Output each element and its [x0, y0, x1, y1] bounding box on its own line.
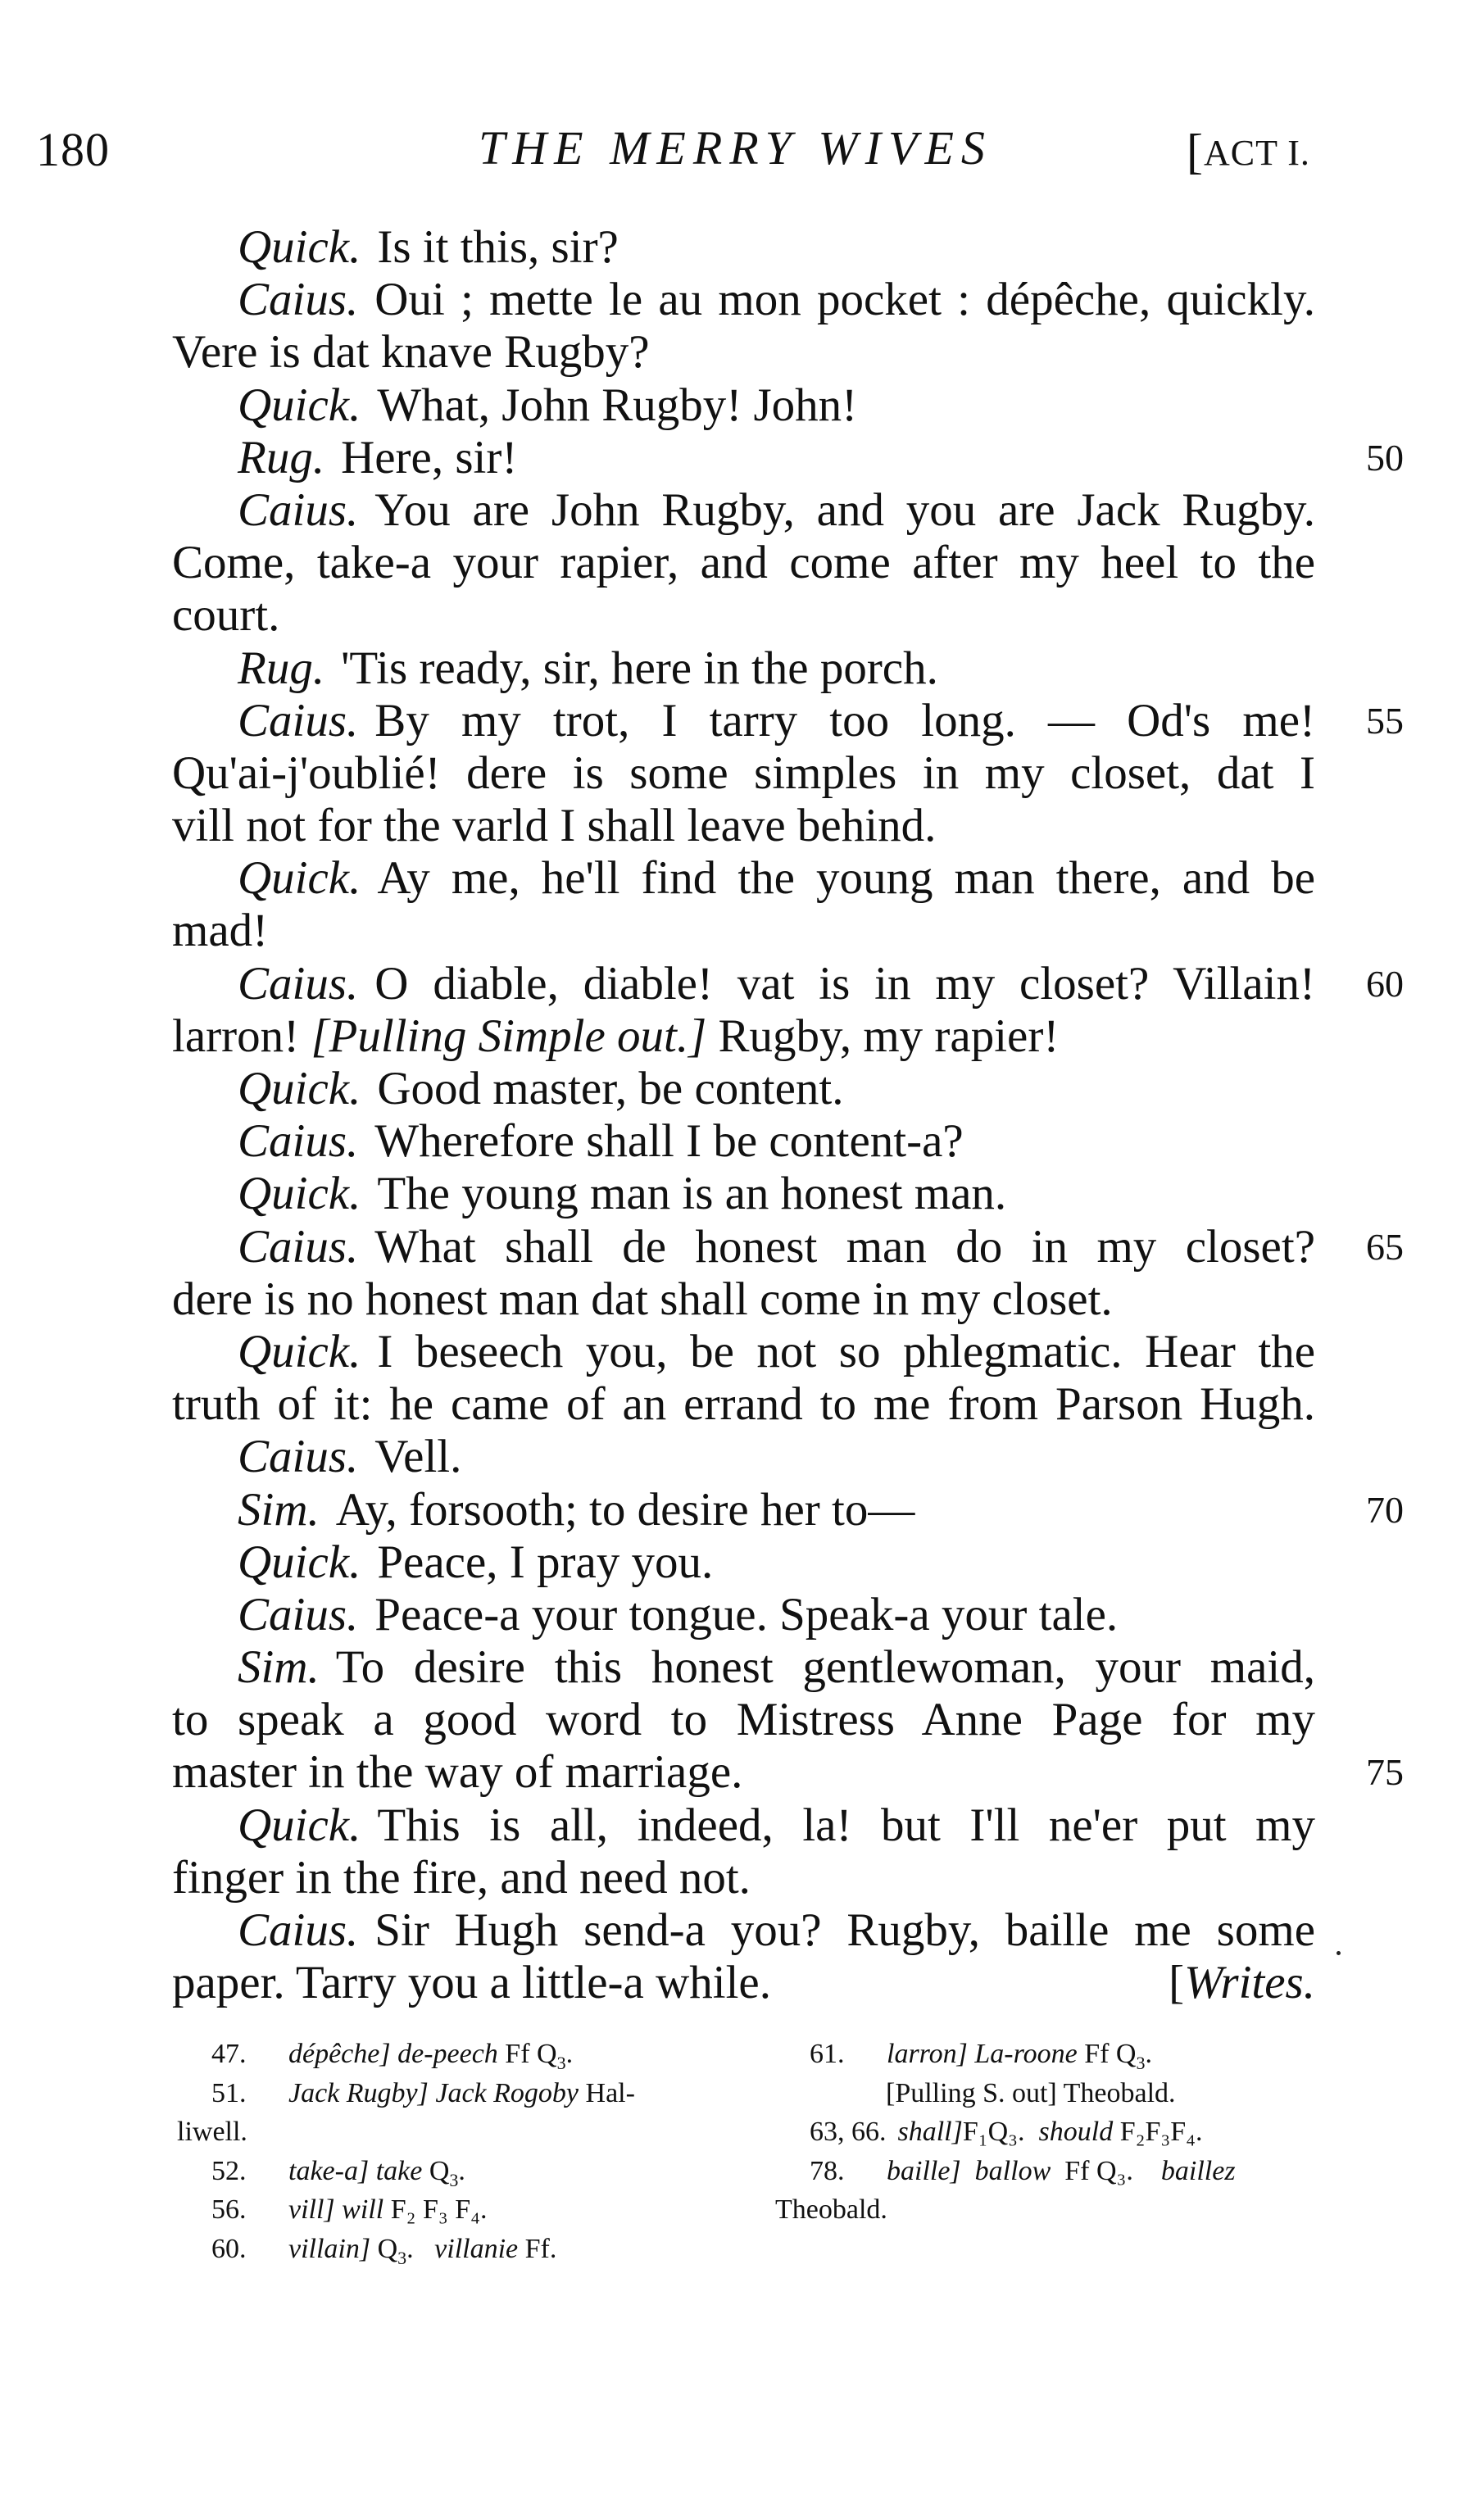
line-number: 65: [1366, 1221, 1404, 1273]
text-line: Quick.Peace, I pray you.: [172, 1536, 1315, 1589]
speech: To desire this honest gentlewoman, your …: [336, 1641, 1315, 1693]
speaker-name: Caius.: [238, 1904, 358, 1956]
footnote-line-ref: 60.: [211, 2230, 288, 2269]
running-title: THE MERRY WIVES: [479, 120, 992, 177]
speaker-name: Caius.: [238, 695, 358, 747]
text-line: Caius.O diable, diable! vat is in my clo…: [172, 958, 1315, 1010]
speech: Qu'ai-j'oublié! dere is some simples in …: [172, 747, 1315, 799]
footnote-variant: La-roone: [974, 2039, 1077, 2069]
footnote: 60.villain] Q3. villanie Ff.: [177, 2230, 710, 2269]
speaker-name: Caius.: [238, 1115, 358, 1167]
footnote-line-ref: 51.: [211, 2074, 288, 2113]
footnote-source: F₂F₃F₄.: [1120, 2117, 1203, 2147]
text-line: Quick.I beseech you, be not so phlegmati…: [172, 1326, 1315, 1378]
text-line: dere is no honest man dat shall come in …: [172, 1273, 1315, 1326]
line-number: 60: [1366, 958, 1404, 1010]
footnote-lemma: Jack Rugby]: [288, 2078, 429, 2108]
line-number: 70: [1366, 1484, 1404, 1536]
speech: mad!: [172, 905, 268, 956]
speaker-name: Rug.: [238, 642, 324, 694]
footnote-lemma: villain]: [288, 2234, 370, 2264]
subscript: 3: [557, 2053, 566, 2073]
footnote-tail: .: [458, 2156, 465, 2186]
footnote-lemma: shall]: [898, 2117, 963, 2147]
footnote-line-ref: 63, 66.: [810, 2112, 887, 2152]
footnote: 63, 66.shall]F₁Q₃. should F₂F₃F₄.: [775, 2112, 1316, 2152]
text-line: Quick.Good master, be content.: [172, 1063, 1315, 1115]
speaker-name: Sim.: [238, 1641, 320, 1693]
footnote: 47.dépêche] de-peech Ff Q3.: [177, 2035, 710, 2074]
footnote-continuation: liwell.: [177, 2112, 710, 2152]
speech: O diable, diable! vat is in my closet? V…: [374, 958, 1315, 1010]
footnote-source: F₂ F₃ F₄.: [391, 2194, 488, 2225]
text-line: finger in the fire, and need not.: [172, 1852, 1315, 1904]
text-line: Vere is dat knave Rugby?: [172, 326, 1315, 379]
footnote-line-ref: 78.: [810, 2152, 887, 2191]
speaker-name: Caius.: [238, 484, 358, 536]
speech: Wherefore shall I be content-a?: [374, 1115, 963, 1167]
speech: Is it this, sir?: [377, 221, 619, 273]
line-number: 55: [1366, 695, 1404, 747]
text-line: Caius.What shall de honest man do in my …: [172, 1221, 1315, 1273]
text-line: Caius.Oui ; mette le au mon pocket : dép…: [172, 274, 1315, 326]
text-line: court.: [172, 589, 1315, 642]
text-line: Rug.Here, sir!50: [172, 432, 1315, 484]
footnote-lemma: dépêche]: [288, 2039, 391, 2069]
text-line: Caius.Vell.: [172, 1431, 1315, 1483]
speech: master in the way of marriage.: [172, 1746, 742, 1798]
speech: truth of it: he came of an errand to me …: [172, 1378, 1315, 1430]
text-line: vill not for the varld I shall leave beh…: [172, 800, 1315, 852]
line-number: 75: [1366, 1746, 1404, 1799]
scan-speck: [1337, 1951, 1341, 1955]
footnote-line-ref: 56.: [211, 2190, 288, 2230]
speech: Vere is dat knave Rugby?: [172, 326, 650, 378]
footnote-source: F₁Q₃.: [963, 2117, 1025, 2147]
speech: I beseech you, be not so phlegmatic. Hea…: [377, 1326, 1315, 1377]
footnote-text: liwell.: [177, 2117, 247, 2147]
footnote-source: Q: [378, 2234, 398, 2264]
footnote-variant: baillez: [1161, 2156, 1236, 2186]
footnote-variant: villanie: [434, 2234, 518, 2264]
speaker-name: Quick.: [238, 1536, 361, 1588]
text-line: Quick.What, John Rugby! John!: [172, 379, 1315, 432]
stage-direction-writes: [Writes.: [1169, 1957, 1315, 2009]
text-line: Caius.Wherefore shall I be content-a?: [172, 1115, 1315, 1168]
speech: Rugby, my rapier!: [719, 1010, 1060, 1062]
footnote-variant: de-peech: [397, 2039, 498, 2069]
text-line: Quick.This is all, indeed, la! but I'll …: [172, 1799, 1315, 1852]
act-text: ACT I.: [1204, 133, 1310, 173]
text-line: Caius.Sir Hugh send-a you? Rugby, baille…: [172, 1904, 1315, 1957]
footnote-source: Ff Q₃.: [1064, 2156, 1133, 2186]
footnote: 56.vill] will F₂ F₃ F₄.: [177, 2190, 710, 2230]
footnote-line-ref: 52.: [211, 2152, 288, 2191]
text-line: Caius.You are John Rugby, and you are Ja…: [172, 484, 1315, 537]
text-line: paper. Tarry you a little-a while.[Write…: [172, 1957, 1315, 2009]
footnote-lemma: vill]: [288, 2194, 335, 2225]
text-line: Caius.Peace-a your tongue. Speak-a your …: [172, 1589, 1315, 1641]
speech: Ay, forsooth; to desire her to—: [336, 1484, 915, 1536]
stage-direction: [Pulling Simple out.]: [311, 1010, 706, 1062]
speech: Sir Hugh send-a you? Rugby, baille me so…: [374, 1904, 1315, 1956]
footnote-line-ref: 47.: [211, 2035, 288, 2074]
speech: 'Tis ready, sir, here in the porch.: [341, 642, 938, 694]
speech: By my trot, I tarry too long. — Od's me!: [374, 695, 1315, 747]
speech: The young man is an honest man.: [377, 1168, 1006, 1219]
speech: larron!: [172, 1010, 299, 1062]
text-line: Rug.'Tis ready, sir, here in the porch.: [172, 642, 1315, 695]
speech: paper. Tarry you a little-a while.: [172, 1957, 771, 2008]
speech: You are John Rugby, and you are Jack Rug…: [374, 484, 1315, 536]
footnote-variant: will: [342, 2194, 383, 2225]
text-line: Sim.To desire this honest gentlewoman, y…: [172, 1641, 1315, 1694]
subscript: 3: [449, 2170, 458, 2190]
speech: to speak a good word to Mistress Anne Pa…: [172, 1694, 1315, 1745]
speaker-name: Quick.: [238, 1168, 361, 1219]
speaker-name: Quick.: [238, 1799, 361, 1851]
text-line: Quick.Ay me, he'll find the young man th…: [172, 852, 1315, 905]
speech: What shall de honest man do in my closet…: [374, 1221, 1315, 1273]
speaker-name: Caius.: [238, 1431, 358, 1482]
act-label: [ACT I.: [1187, 123, 1310, 182]
footnote-source: Ff.: [525, 2234, 557, 2264]
footnote-tail: .: [1145, 2039, 1152, 2069]
text-line: Quick.The young man is an honest man.: [172, 1168, 1315, 1220]
footnote-lemma: baille]: [887, 2156, 961, 2186]
footnote-source: Q: [429, 2156, 450, 2186]
footnote-text: Theobald.: [775, 2194, 887, 2225]
text-line: Quick.Is it this, sir?: [172, 221, 1315, 274]
speech: Ay me, he'll find the young man there, a…: [377, 852, 1315, 904]
speech: vill not for the varld I shall leave beh…: [172, 800, 936, 851]
page-number: 180: [36, 121, 110, 179]
text-line: Qu'ai-j'oublié! dere is some simples in …: [172, 747, 1315, 800]
speech: Vell.: [374, 1431, 461, 1482]
text-line: Caius.By my trot, I tarry too long. — Od…: [172, 695, 1315, 747]
speaker-name: Quick.: [238, 852, 361, 904]
text-line: Sim.Ay, forsooth; to desire her to—70: [172, 1484, 1315, 1536]
footnote-variant: take: [376, 2156, 423, 2186]
footnote: 52.take-a] take Q3.: [177, 2152, 710, 2191]
footnote: 61.larron] La-roone Ff Q3.: [775, 2035, 1316, 2074]
speaker-name: Caius.: [238, 958, 358, 1010]
footnotes-right-column: 61.larron] La-roone Ff Q3. [Pulling S. o…: [775, 2035, 1316, 2230]
speaker-name: Quick.: [238, 1063, 361, 1114]
footnote-variant: should: [1039, 2117, 1114, 2147]
footnote-variant: ballow: [975, 2156, 1051, 2186]
footnote-continuation: [Pulling S. out] Theobald.: [775, 2074, 1316, 2113]
text-line: larron! [Pulling Simple out.] Rugby, my …: [172, 1010, 1315, 1063]
footnotes-left-column: 47.dépêche] de-peech Ff Q3. 51.Jack Rugb…: [177, 2035, 710, 2268]
footnote-text: [Pulling S. out] Theobald.: [886, 2078, 1176, 2108]
footnote-source: Ff Q: [1084, 2039, 1136, 2069]
footnote-source: Hal-: [586, 2078, 635, 2108]
text-line: truth of it: he came of an errand to me …: [172, 1378, 1315, 1431]
speech: Here, sir!: [341, 432, 517, 483]
text-line: mad!: [172, 905, 1315, 957]
speech: Good master, be content.: [377, 1063, 843, 1114]
stage-direction: Writes.: [1184, 1957, 1315, 2008]
speech: dere is no honest man dat shall come in …: [172, 1273, 1113, 1325]
speech: This is all, indeed, la! but I'll ne'er …: [377, 1799, 1315, 1851]
speaker-name: Rug.: [238, 432, 324, 483]
footnote-variant: Jack Rogoby: [435, 2078, 579, 2108]
speech: What, John Rugby! John!: [377, 379, 857, 431]
speech: Peace, I pray you.: [377, 1536, 713, 1588]
speaker-name: Quick.: [238, 221, 361, 273]
play-text: Quick.Is it this, sir? Caius.Oui ; mette…: [172, 221, 1315, 2009]
running-head: 180 THE MERRY WIVES [ACT I.: [0, 0, 1484, 188]
speech: Peace-a your tongue. Speak-a your tale.: [374, 1589, 1118, 1641]
speaker-name: Quick.: [238, 1326, 361, 1377]
speaker-name: Caius.: [238, 1589, 358, 1641]
footnote-lemma: larron]: [887, 2039, 968, 2069]
footnote: 78.baille] ballow Ff Q₃. baillez: [775, 2152, 1316, 2191]
speaker-name: Caius.: [238, 274, 358, 325]
text-line: master in the way of marriage.75: [172, 1746, 1315, 1799]
footnote-lemma: take-a]: [288, 2156, 369, 2186]
speech: Come, take-a your rapier, and come after…: [172, 537, 1315, 588]
footnote-tail: .: [406, 2234, 414, 2264]
line-number: 50: [1366, 432, 1404, 484]
speaker-name: Quick.: [238, 379, 361, 431]
footnote-tail: .: [566, 2039, 574, 2069]
footnote-line-ref: 61.: [810, 2035, 887, 2074]
footnote: 51.Jack Rugby] Jack Rogoby Hal-: [177, 2074, 710, 2113]
text-line: to speak a good word to Mistress Anne Pa…: [172, 1694, 1315, 1746]
footnote-continuation: Theobald.: [775, 2190, 1316, 2230]
speech: finger in the fire, and need not.: [172, 1852, 751, 1904]
speech: Oui ; mette le au mon pocket : dépêche, …: [374, 274, 1315, 325]
subscript: 3: [397, 2248, 406, 2268]
speaker-name: Caius.: [238, 1221, 358, 1273]
footnote-source: Ff Q: [505, 2039, 556, 2069]
speaker-name: Sim.: [238, 1484, 320, 1536]
act-bracket: [: [1187, 125, 1204, 179]
speech: court.: [172, 589, 279, 641]
text-line: Come, take-a your rapier, and come after…: [172, 537, 1315, 589]
subscript: 3: [1136, 2053, 1145, 2073]
stage-bracket: [: [1169, 1957, 1184, 2008]
